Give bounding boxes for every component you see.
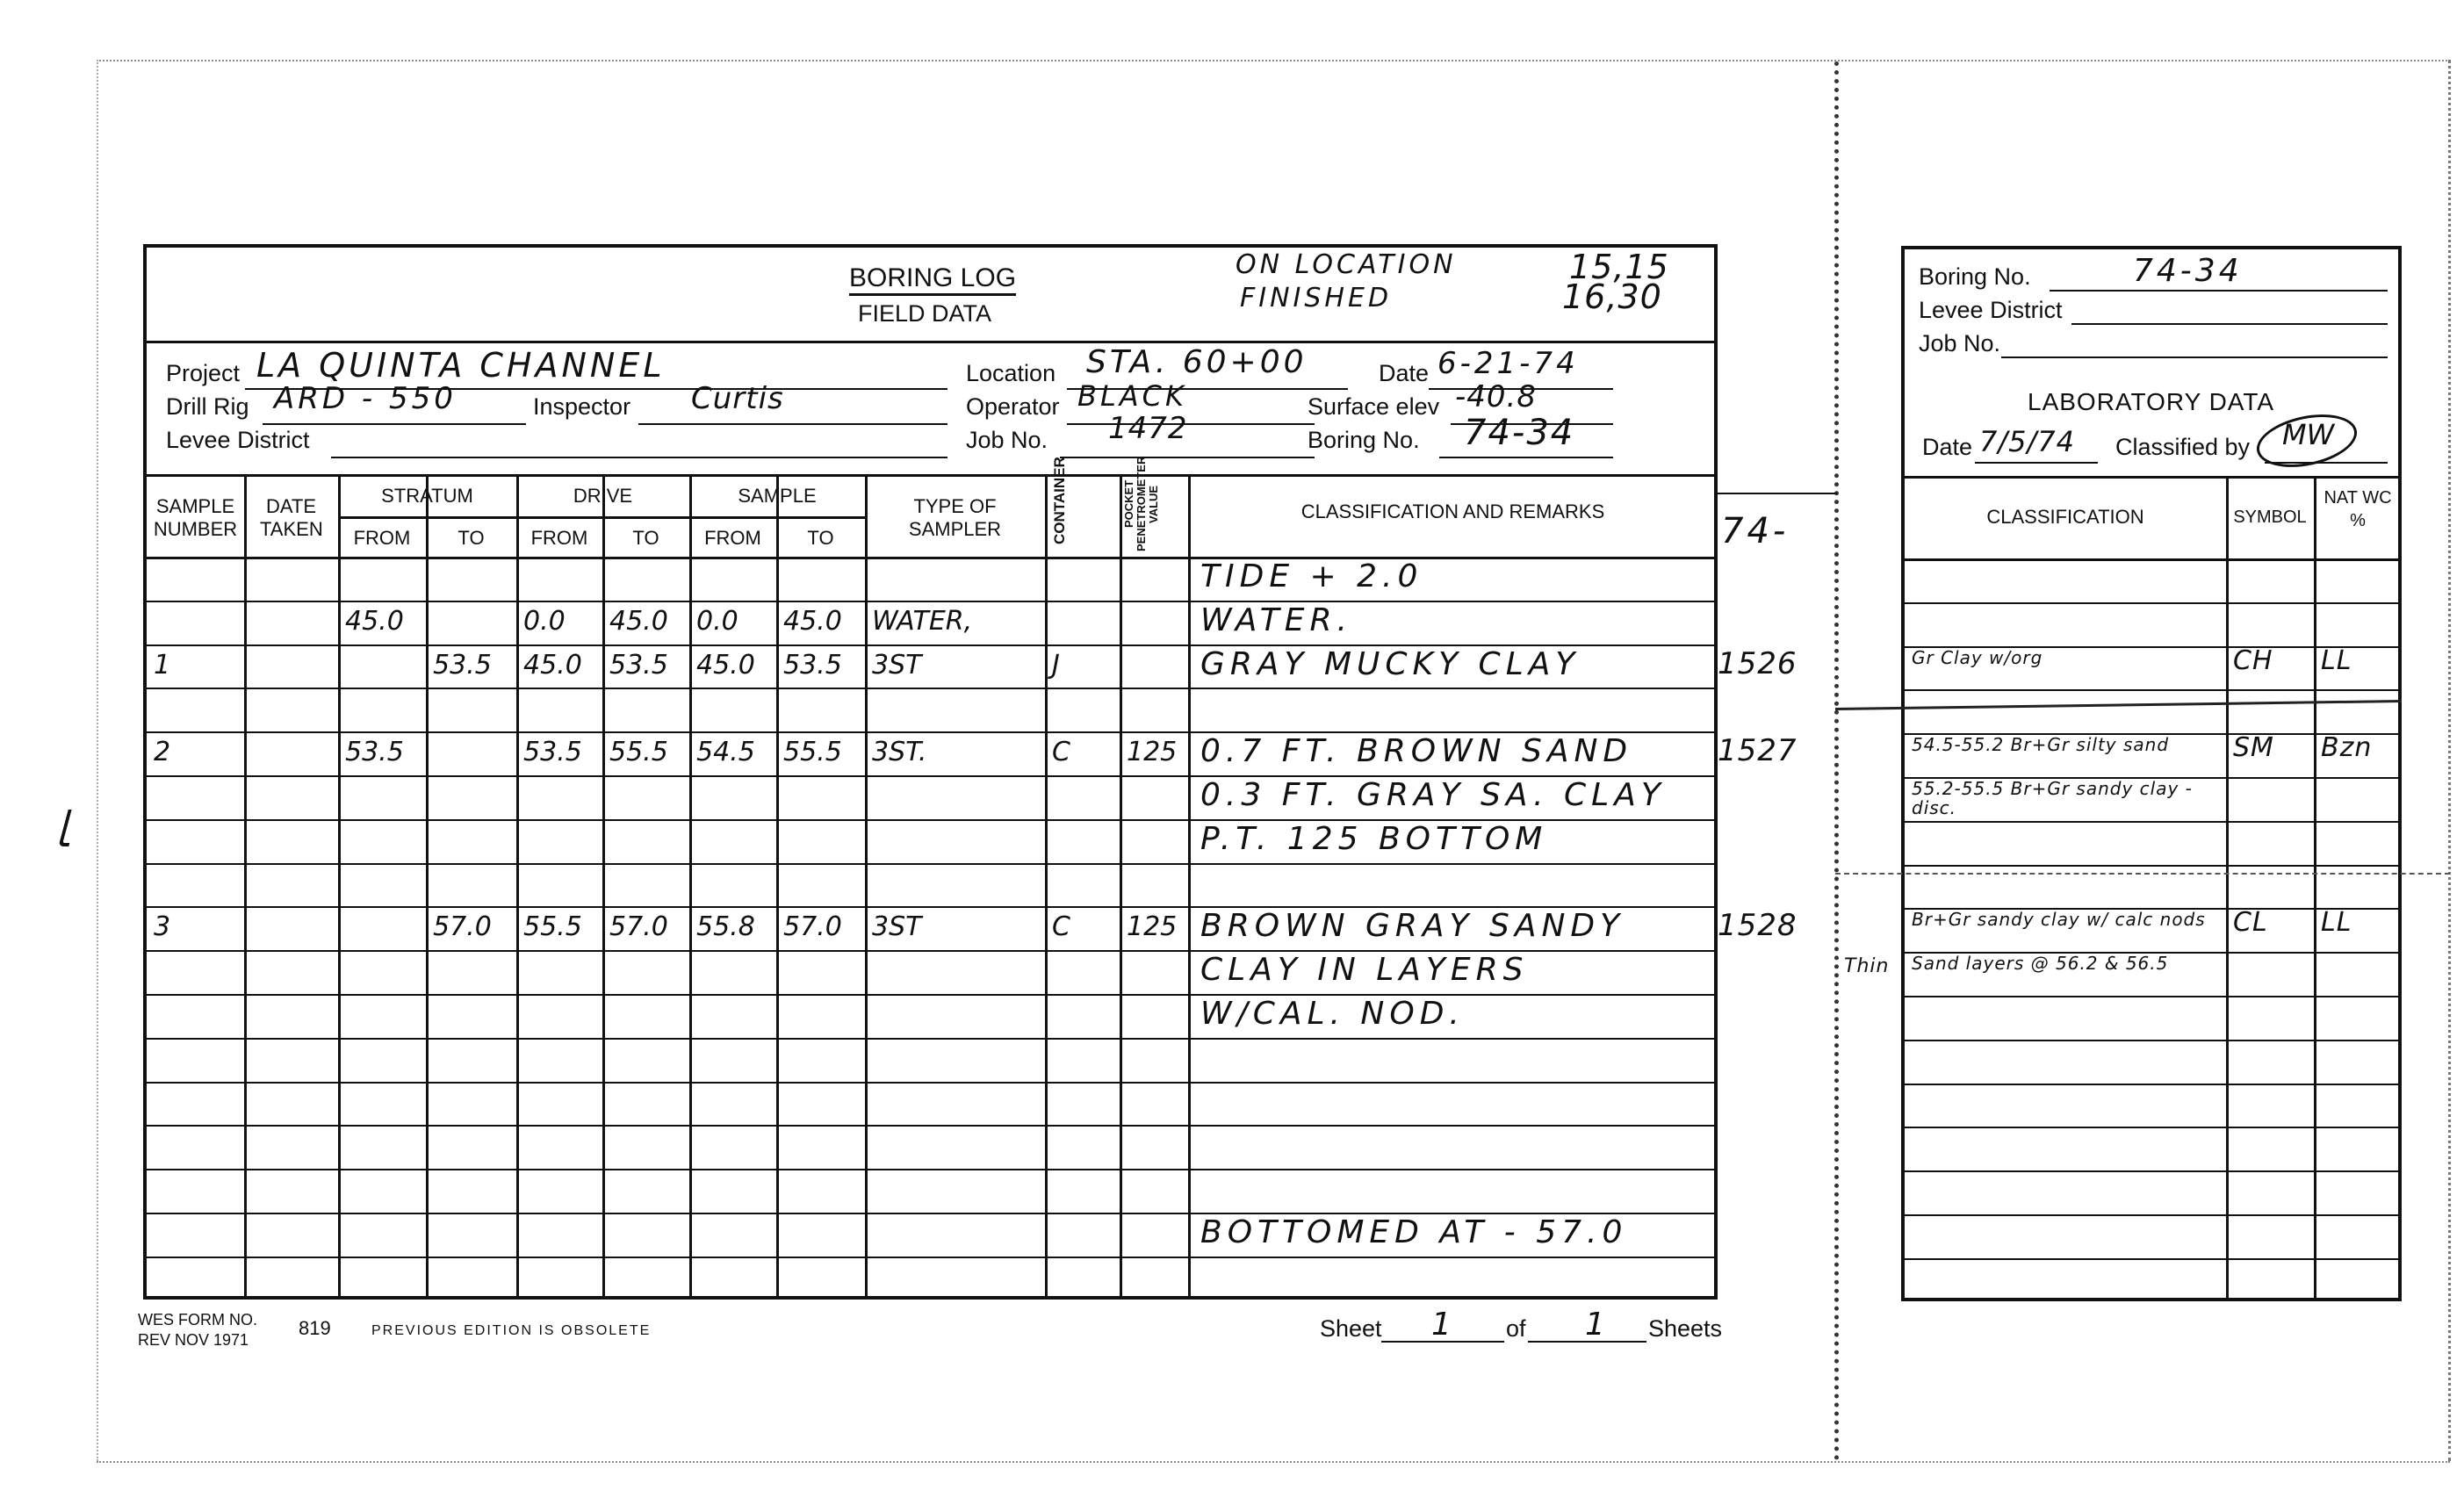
- cell-sample[interactable]: 1: [154, 650, 242, 680]
- col-classification-remarks: CLASSIFICATION AND REMARKS: [1188, 500, 1718, 523]
- table-row: [147, 1038, 1718, 1082]
- cell-type[interactable]: 3ST.: [872, 737, 1043, 767]
- col-to: TO: [776, 527, 865, 550]
- lab-date-label: Date: [1922, 434, 1972, 461]
- lab-boring-label: Boring No.: [1919, 263, 2031, 291]
- operator-label: Operator: [966, 393, 1060, 421]
- cell-sa-from[interactable]: 55.8: [696, 911, 775, 942]
- lab-table-row: [1905, 1214, 2402, 1258]
- classified-by-initials: MW: [2282, 418, 2334, 451]
- col-type-of-sampler: TYPE OF SAMPLER: [883, 495, 1027, 541]
- column-divider: [426, 474, 429, 1296]
- lab-table-row: [1905, 821, 2402, 865]
- date-field[interactable]: 6-21-74: [1437, 346, 1579, 381]
- column-divider: [338, 474, 341, 1296]
- lab-table-row: Br+Gr sandy clay w/ calc nodsCLLL: [1905, 908, 2402, 952]
- cell-sa-to[interactable]: 53.5: [783, 650, 863, 680]
- lab-table-row: 54.5-55.2 Br+Gr silty sandSMBzn: [1905, 733, 2402, 777]
- inspector-label: Inspector: [533, 393, 630, 421]
- lab-title: LABORATORY DATA: [2028, 388, 2274, 416]
- cell-type[interactable]: 3ST: [872, 650, 1043, 680]
- operator-field[interactable]: BLACK: [1077, 379, 1187, 413]
- lab-boring-field[interactable]: 74-34: [2133, 253, 2243, 289]
- table-row: [147, 863, 1718, 907]
- lab-table-row: [1905, 558, 2402, 602]
- lab-column-divider: [2314, 476, 2316, 1298]
- cell-sa-from[interactable]: 0.0: [696, 606, 775, 637]
- lab-cell-classification[interactable]: Gr Clay w/org: [1912, 648, 2221, 667]
- lab-cell-classification[interactable]: 55.2-55.5 Br+Gr sandy clay - disc.: [1912, 779, 2221, 817]
- project-label: Project: [166, 360, 240, 387]
- col-to: TO: [602, 527, 689, 550]
- lab-column-divider: [2226, 476, 2229, 1298]
- lab-table-row: [1905, 602, 2402, 646]
- cell-d-from[interactable]: 53.5: [523, 737, 601, 767]
- form-number: 819: [299, 1317, 331, 1340]
- col-pocket-penetrometer: POCKET PENETROMETER VALUE: [1123, 455, 1181, 553]
- cell-sa-to[interactable]: 45.0: [783, 606, 863, 637]
- date-label: Date: [1379, 360, 1429, 387]
- lab-table-row: Gr Clay w/orgCHLL: [1905, 646, 2402, 690]
- col-from: FROM: [516, 527, 602, 550]
- cell-s-to[interactable]: 53.5: [433, 650, 515, 680]
- cell-remarks[interactable]: 0.3 FT. GRAY SA. CLAY: [1200, 777, 1721, 813]
- table-row: [147, 1169, 1718, 1213]
- job-no-field[interactable]: 1472: [1108, 411, 1188, 446]
- cell-sa-to[interactable]: 55.5: [783, 737, 863, 767]
- lab-cell-symbol[interactable]: SM: [2233, 738, 2309, 758]
- cell-d-from[interactable]: 45.0: [523, 650, 601, 680]
- table-row: 253.553.555.554.555.53ST.C1250.7 FT. BRO…: [147, 731, 1718, 775]
- cell-remarks[interactable]: GRAY MUCKY CLAY: [1200, 646, 1721, 682]
- total-sheets[interactable]: 1: [1585, 1307, 1609, 1343]
- col-date-taken: DATE TAKEN: [260, 495, 322, 541]
- lab-levee-label: Levee District: [1919, 297, 2063, 324]
- page-edge-right: [2448, 60, 2451, 1461]
- form-number-label: WES FORM NO.: [138, 1311, 257, 1329]
- sheet-number[interactable]: 1: [1431, 1307, 1455, 1343]
- lab-table-row: [1905, 996, 2402, 1040]
- table-row: BOTTOMED AT - 57.0: [147, 1213, 1718, 1257]
- table-row: TIDE + 2.0: [147, 557, 1718, 601]
- table-row: 357.055.557.055.857.03STC125BROWN GRAY S…: [147, 906, 1718, 950]
- page-edge-left: [97, 60, 98, 1461]
- cell-remarks[interactable]: TIDE + 2.0: [1200, 558, 1721, 594]
- column-divider: [244, 474, 247, 1296]
- col-container: CONTAINER: [1052, 448, 1084, 553]
- lab-date-field[interactable]: 7/5/74: [1979, 425, 2075, 458]
- finished-label: FINISHED: [1240, 283, 1392, 313]
- table-row: 153.545.053.545.053.53STJGRAY MUCKY CLAY: [147, 644, 1718, 688]
- table-row: 0.3 FT. GRAY SA. CLAY: [147, 775, 1718, 819]
- cell-container[interactable]: C: [1052, 737, 1118, 767]
- column-divider: [602, 474, 605, 1296]
- cell-d-to[interactable]: 45.0: [609, 606, 688, 637]
- table-row: W/CAL. NOD.: [147, 994, 1718, 1038]
- location-label: Location: [966, 360, 1055, 387]
- cell-d-to[interactable]: 57.0: [609, 911, 688, 942]
- project-field[interactable]: LA QUINTA CHANNEL: [256, 346, 666, 385]
- lab-cell-natwc[interactable]: LL: [2321, 913, 2396, 933]
- lab-table-row: [1905, 689, 2402, 733]
- cell-remarks[interactable]: W/CAL. NOD.: [1200, 996, 1721, 1032]
- cell-remarks[interactable]: 0.7 FT. BROWN SAND: [1200, 733, 1721, 769]
- cell-d-to[interactable]: 53.5: [609, 650, 688, 680]
- column-divider: [1188, 474, 1191, 1296]
- obsolete-notice: PREVIOUS EDITION IS OBSOLETE: [371, 1323, 651, 1339]
- lab-table-row: [1905, 1040, 2402, 1084]
- levee-district-label: Levee District: [166, 427, 310, 454]
- col-from: FROM: [338, 527, 426, 550]
- form-subtitle: FIELD DATA: [858, 300, 991, 328]
- col-sample-number: SAMPLE NUMBER: [147, 495, 244, 541]
- column-divider: [1045, 474, 1048, 1296]
- cell-remarks[interactable]: BROWN GRAY SANDY: [1200, 908, 1721, 944]
- lab-col-classification: CLASSIFICATION: [1905, 506, 2226, 529]
- cell-s-from[interactable]: 45.0: [345, 606, 424, 637]
- cell-remarks[interactable]: CLAY IN LAYERS: [1200, 952, 1721, 988]
- table-row: [147, 1082, 1718, 1126]
- job-no-label: Job No.: [966, 427, 1048, 454]
- form-title: BORING LOG: [849, 263, 1016, 296]
- lab-table-row: [1905, 865, 2402, 909]
- lab-sample-number: 1528: [1718, 908, 1798, 943]
- lab-sample-number: 1527: [1718, 733, 1798, 768]
- margin-mark: [58, 810, 78, 846]
- lab-cell-classification[interactable]: 54.5-55.2 Br+Gr silty sand: [1912, 735, 2221, 754]
- lab-cell-classification[interactable]: Sand layers @ 56.2 & 56.5: [1912, 954, 2221, 973]
- lab-col-natwc: NAT WC %: [2321, 486, 2395, 532]
- surface-elev-label: Surface elev: [1308, 393, 1439, 421]
- column-divider: [689, 474, 692, 1296]
- laboratory-data-panel: Boring No. 74-34 Levee District Job No. …: [1901, 246, 2402, 1301]
- table-row: P.T. 125 BOTTOM: [147, 819, 1718, 863]
- cell-d-from[interactable]: 55.5: [523, 911, 601, 942]
- lab-table-row: [1905, 1084, 2402, 1127]
- boring-no-field[interactable]: 74-34: [1464, 413, 1574, 453]
- hand-line-2: [1835, 873, 2450, 875]
- cell-pocket[interactable]: 125: [1127, 737, 1186, 767]
- cell-pocket[interactable]: 125: [1127, 911, 1186, 942]
- subheader-divider: [338, 516, 865, 519]
- cell-d-to[interactable]: 55.5: [609, 737, 688, 767]
- lab-cell-classification[interactable]: Br+Gr sandy clay w/ calc nods: [1912, 910, 2221, 929]
- cell-sa-to[interactable]: 57.0: [783, 911, 863, 942]
- lab-table-row: 55.2-55.5 Br+Gr sandy clay - disc.: [1905, 777, 2402, 821]
- on-location-label: ON LOCATION: [1236, 249, 1457, 280]
- lab-job-label: Job No.: [1919, 330, 2000, 357]
- cell-sample[interactable]: 3: [154, 911, 242, 942]
- cell-container[interactable]: C: [1052, 911, 1118, 942]
- lab-cell-symbol[interactable]: CH: [2233, 652, 2309, 671]
- cell-s-from[interactable]: 53.5: [345, 737, 424, 767]
- table-row: [147, 688, 1718, 731]
- page-edge-bottom: [97, 1461, 2450, 1463]
- column-divider: [776, 474, 779, 1296]
- cell-remarks[interactable]: P.T. 125 BOTTOM: [1200, 821, 1721, 857]
- surface-elev-field[interactable]: -40.8: [1455, 379, 1537, 414]
- perforation-line: [1834, 61, 1839, 1461]
- lab-cell-symbol[interactable]: CL: [2233, 913, 2309, 933]
- cell-s-to[interactable]: 57.0: [433, 911, 515, 942]
- finished-time: 16,30: [1562, 277, 1662, 316]
- table-row: [147, 1125, 1718, 1169]
- lab-side-note: Thin: [1844, 955, 1889, 977]
- cell-remarks[interactable]: WATER.: [1200, 602, 1721, 638]
- lab-col-symbol: SYMBOL: [2226, 506, 2314, 529]
- lab-table-row: [1905, 1258, 2402, 1302]
- form-revision: REV NOV 1971: [138, 1331, 249, 1350]
- column-divider: [865, 474, 868, 1296]
- location-field[interactable]: STA. 60+00: [1086, 344, 1308, 380]
- boring-no-label: Boring No.: [1308, 427, 1420, 454]
- cell-container[interactable]: J: [1052, 650, 1118, 680]
- boring-log-form: BORING LOG FIELD DATA ON LOCATION 15,15 …: [143, 244, 1718, 1300]
- lab-table-row: Sand layers @ 56.2 & 56.5: [1905, 952, 2402, 996]
- sheets-label: Sheets: [1648, 1315, 1722, 1343]
- drill-rig-field[interactable]: ARD - 550: [274, 381, 457, 416]
- col-from: FROM: [689, 527, 776, 550]
- table-row: 45.00.045.00.045.0WATER,WATER.: [147, 601, 1718, 644]
- column-divider: [1120, 474, 1122, 1296]
- col-to: TO: [426, 527, 516, 550]
- lab-cell-natwc[interactable]: Bzn: [2321, 738, 2396, 758]
- margin-header-note: 74-: [1721, 511, 1789, 551]
- cell-sa-from[interactable]: 54.5: [696, 737, 775, 767]
- lab-table-row: [1905, 1170, 2402, 1214]
- cell-sample[interactable]: 2: [154, 737, 242, 767]
- cell-sa-from[interactable]: 45.0: [696, 650, 775, 680]
- column-divider: [516, 474, 519, 1296]
- lab-cell-natwc[interactable]: LL: [2321, 652, 2396, 671]
- cell-type[interactable]: 3ST: [872, 911, 1043, 942]
- sheet-label: Sheet: [1320, 1315, 1382, 1343]
- cell-d-from[interactable]: 0.0: [523, 606, 601, 637]
- lab-table-row: [1905, 1127, 2402, 1170]
- cell-type[interactable]: WATER,: [872, 606, 1043, 637]
- header-extension-line: [1718, 493, 1837, 494]
- lab-sample-number: 1526: [1718, 646, 1798, 681]
- inspector-field[interactable]: Curtis: [691, 381, 784, 416]
- cell-remarks[interactable]: BOTTOMED AT - 57.0: [1200, 1214, 1721, 1250]
- table-row: [147, 1257, 1718, 1300]
- classified-by-label: Classified by: [2115, 434, 2250, 461]
- of-label: of: [1506, 1315, 1526, 1343]
- table-row: CLAY IN LAYERS: [147, 950, 1718, 994]
- drill-rig-label: Drill Rig: [166, 393, 249, 421]
- page-edge-top: [97, 60, 2450, 61]
